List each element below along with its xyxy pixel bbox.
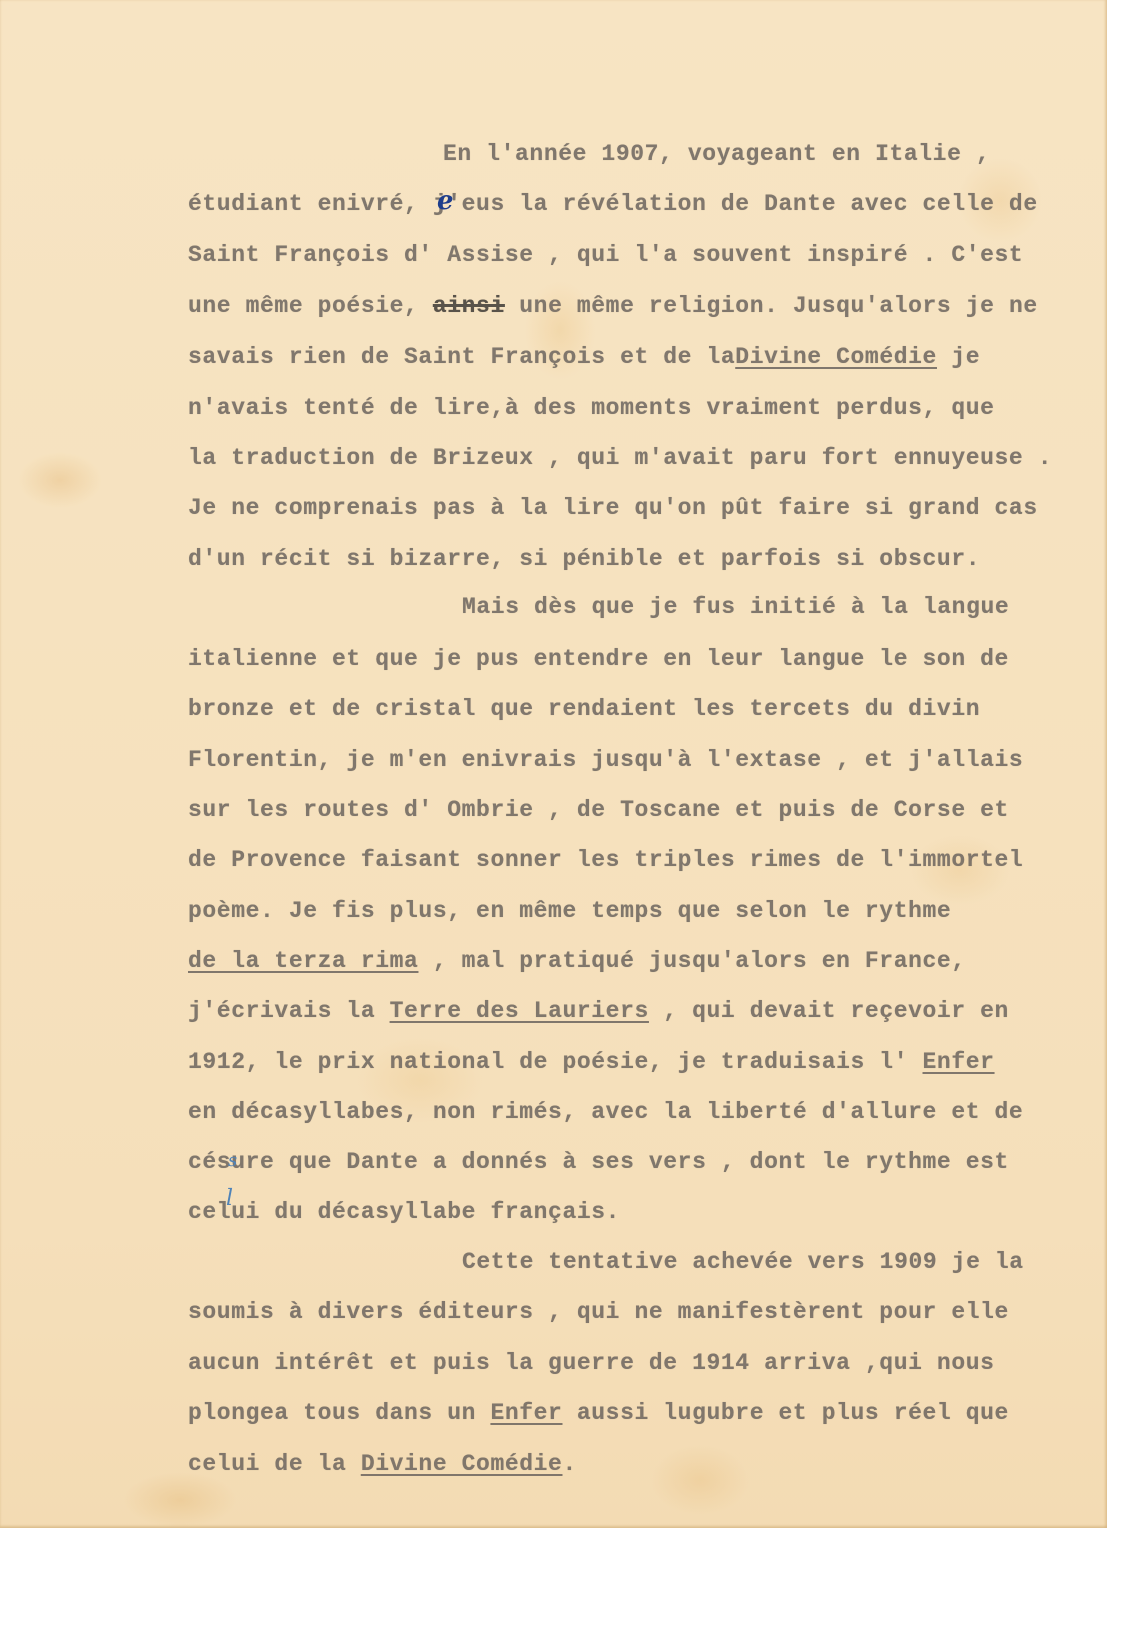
typewritten-page: En l'année 1907, voyageant en Italie , é…	[0, 0, 1107, 1528]
paragraph-1-line-1: En l'année 1907, voyageant en Italie ,	[443, 140, 990, 168]
paragraph-2-line-7: poème. Je fis plus, en même temps que se…	[188, 897, 951, 925]
line-text-end: une même religion. Jusqu'alors je ne	[505, 293, 1038, 319]
paragraph-2-line-1: Mais dès que je fus initié à la langue	[462, 593, 1009, 621]
underlined-terza-rima: de la terza rima	[188, 948, 418, 974]
line-text-start: savais rien de Saint François et de la	[188, 344, 735, 370]
handwritten-correction-e: e	[437, 186, 454, 216]
underlined-title-divine-comedie: Divine Comédie	[361, 1451, 563, 1477]
paragraph-3-line-2: soumis à divers éditeurs , qui ne manife…	[188, 1298, 1009, 1326]
underlined-title-enfer: Enfer	[923, 1049, 995, 1075]
paragraph-1-line-2: étudiant enivré, j'eus la révélation de …	[188, 190, 1038, 218]
paragraph-1-line-8: Je ne comprenais pas à la lire qu'on pût…	[188, 494, 1038, 522]
handwritten-correction-s: s	[228, 1150, 237, 1171]
paragraph-1-line-4: une même poésie, ainsi une même religion…	[188, 292, 1038, 320]
paragraph-3-line-5: celui de la Divine Comédie.	[188, 1450, 577, 1478]
paragraph-2-line-2: italienne et que je pus entendre en leur…	[188, 645, 1009, 673]
paragraph-3-line-4: plongea tous dans un Enfer aussi lugubre…	[188, 1399, 1009, 1427]
line-text-start: une même poésie,	[188, 293, 433, 319]
paragraph-2-line-12: césure que Dante a donnés à ses vers , d…	[188, 1148, 1009, 1176]
paragraph-1-line-5: savais rien de Saint François et de laDi…	[188, 343, 980, 371]
paragraph-1-line-9: d'un récit si bizarre, si pénible et par…	[188, 545, 980, 573]
handwritten-correction-l: l	[226, 1186, 233, 1211]
paragraph-1-line-7: la traduction de Brizeux , qui m'avait p…	[188, 444, 1052, 472]
line-text-end: , qui devait reçevoir en	[649, 998, 1009, 1024]
paragraph-3-line-3: aucun intérêt et puis la guerre de 1914 …	[188, 1349, 995, 1377]
paragraph-2-line-8: de la terza rima , mal pratiqué jusqu'al…	[188, 947, 966, 975]
paragraph-2-line-3: bronze et de cristal que rendaient les t…	[188, 695, 980, 723]
line-text-end: , mal pratiqué jusqu'alors en France,	[418, 948, 965, 974]
paragraph-2-line-9: j'écrivais la Terre des Lauriers , qui d…	[188, 997, 1009, 1025]
paragraph-2-line-5: sur les routes d' Ombrie , de Toscane et…	[188, 796, 1009, 824]
line-text-end: je	[937, 344, 980, 370]
line-text-end: aussi lugubre et plus réel que	[562, 1400, 1008, 1426]
paragraph-2-line-13: celui du décasyllabe français.	[188, 1198, 620, 1226]
paragraph-1-line-6: n'avais tenté de lire,à des moments vrai…	[188, 394, 995, 422]
paragraph-2-line-11: en décasyllabes, non rimés, avec la libe…	[188, 1098, 1023, 1126]
paragraph-2-line-10: 1912, le prix national de poésie, je tra…	[188, 1048, 995, 1076]
line-text-end: .	[562, 1451, 576, 1477]
underlined-title-enfer: Enfer	[490, 1400, 562, 1426]
paragraph-1-line-3: Saint François d' Assise , qui l'a souve…	[188, 241, 1023, 269]
line-text-start: celui de la	[188, 1451, 361, 1477]
paragraph-2-line-6: de Provence faisant sonner les triples r…	[188, 846, 1023, 874]
line-text-start: 1912, le prix national de poésie, je tra…	[188, 1049, 923, 1075]
paragraph-2-line-4: Florentin, je m'en enivrais jusqu'à l'ex…	[188, 746, 1023, 774]
struck-word: ainsi	[433, 293, 505, 319]
paragraph-3-line-1: Cette tentative achevée vers 1909 je la	[462, 1248, 1024, 1276]
underlined-title-terre-des-lauriers: Terre des Lauriers	[390, 998, 649, 1024]
underlined-title-divine-comedie: Divine Comédie	[735, 344, 937, 370]
line-text-start: plongea tous dans un	[188, 1400, 490, 1426]
line-text-start: j'écrivais la	[188, 998, 390, 1024]
